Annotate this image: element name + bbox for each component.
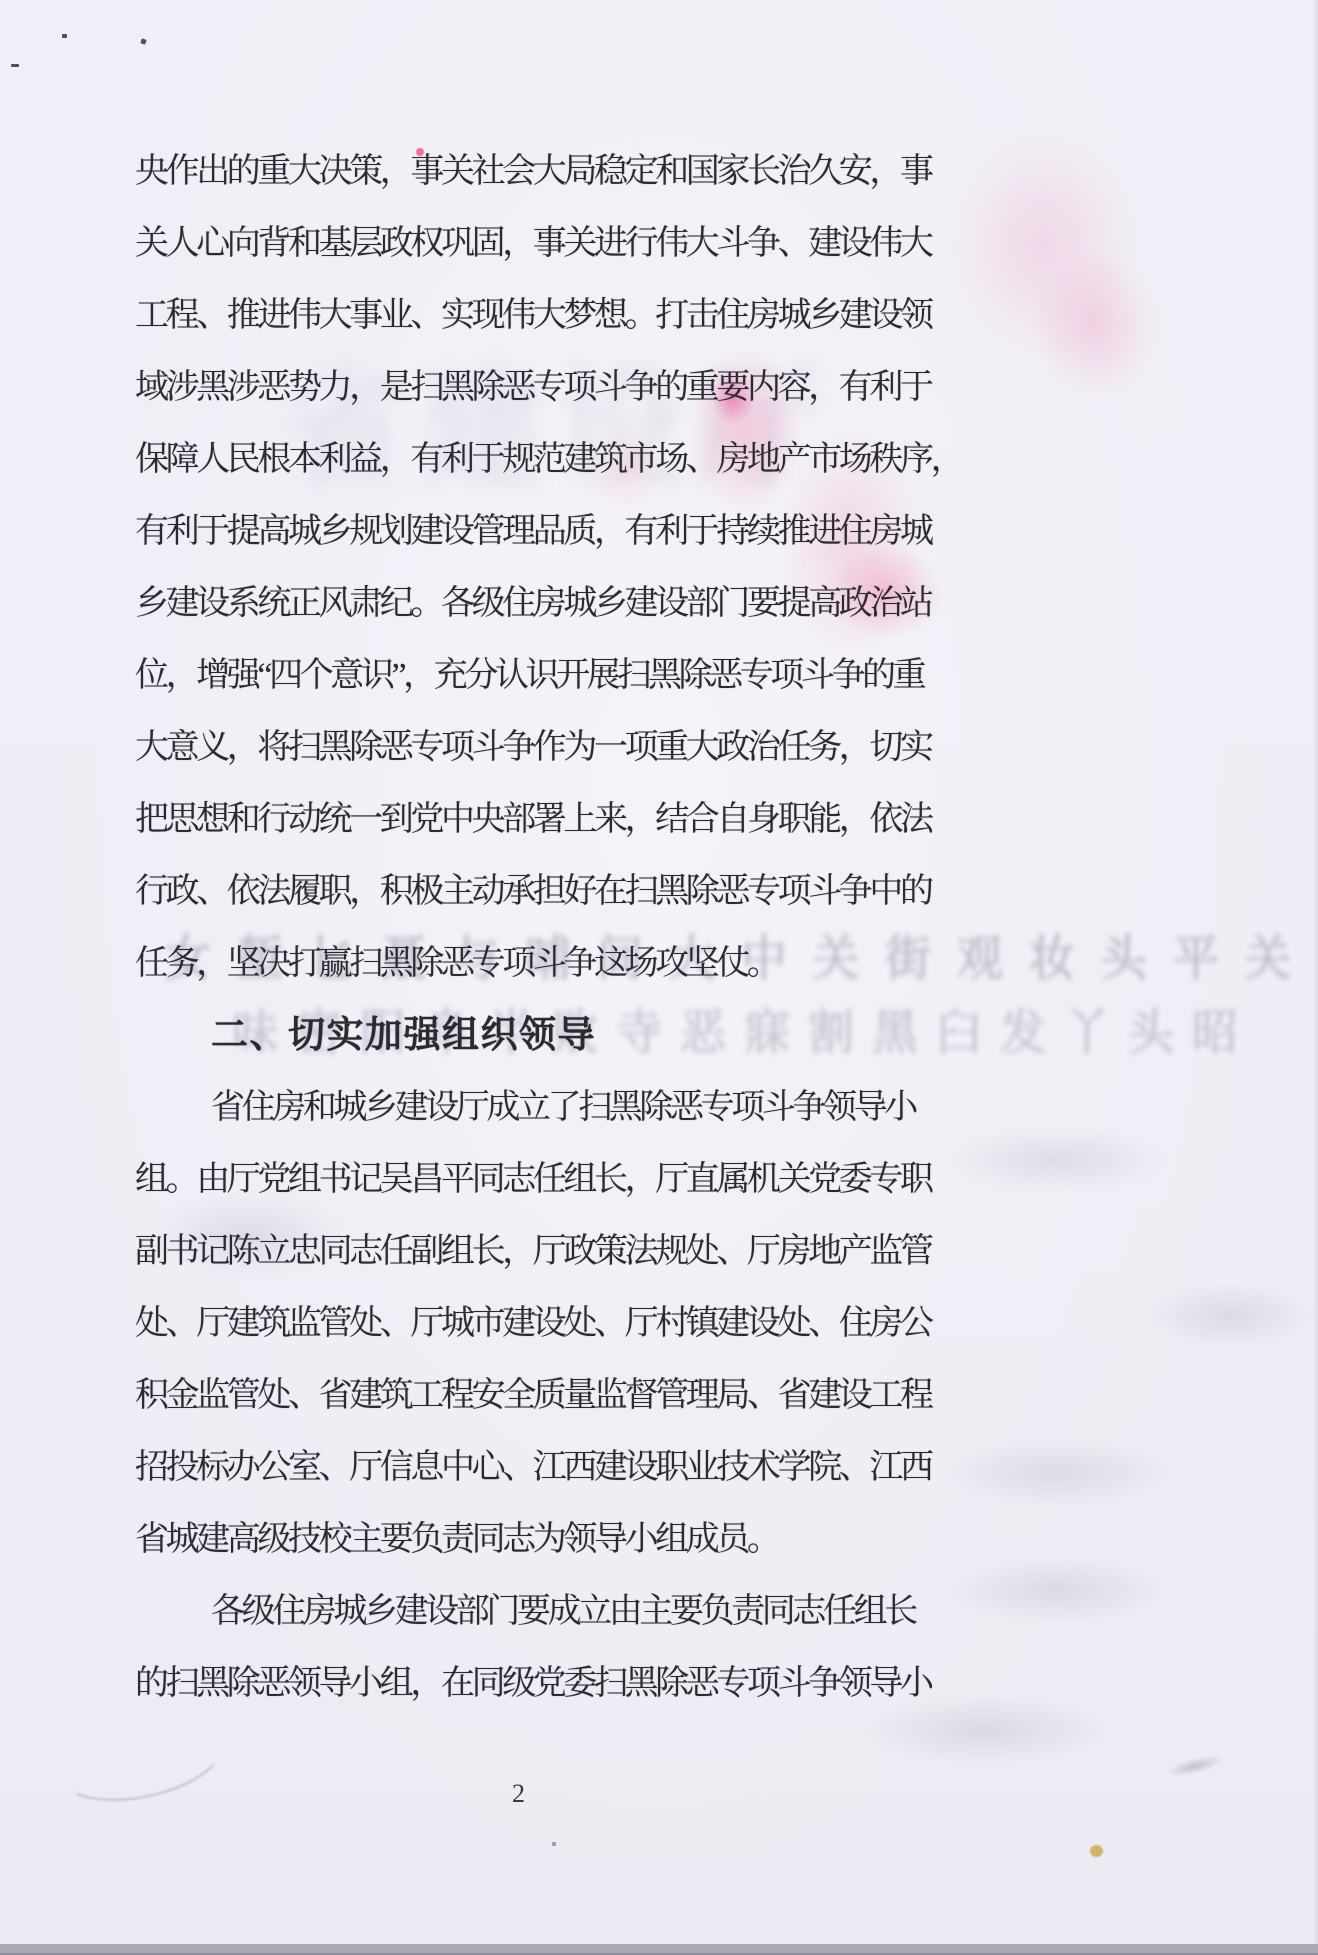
dust-speck: [11, 64, 19, 67]
dust-speck: [62, 34, 67, 38]
yellow-spot: [1090, 1845, 1103, 1857]
scanner-bed-strip: [0, 1944, 1318, 1955]
document-line: 把思想和行动统一到党中央部署上来，结合自身职能，依法: [135, 779, 1235, 851]
document-line: 位，增强“四个意识”，充分认识开展扫黑除恶专项斗争的重: [135, 635, 1235, 707]
document-line: 域涉黑涉恶势力，是扫黑除恶专项斗争的重要内容，有利于: [135, 347, 1235, 419]
gray-smudge: [1164, 1751, 1226, 1781]
section-heading: 二、切实加强组织领导: [135, 995, 1235, 1067]
document-line: 各级住房城乡建设部门要成立由主要负责同志任组长: [135, 1571, 1235, 1643]
scanned-document-page: 省建设厅 女堑匕聂与晡间大中关街观妆头平关 味密阳阜半败寺恶寐割黑臼发丫头昭 央…: [0, 0, 1318, 1955]
dust-speck: [140, 38, 146, 44]
document-line: 的扫黑除恶领导小组，在同级党委扫黑除恶专项斗争领导小: [135, 1643, 1235, 1715]
document-line: 行政、依法履职，积极主动承担好在扫黑除恶专项斗争中的: [135, 851, 1235, 923]
dust-speck: [552, 1842, 556, 1846]
document-line: 保障人民根本利益，有利于规范建筑市场、房地产市场秩序，: [135, 419, 1235, 491]
document-line: 积金监管处、省建筑工程安全质量监督管理局、省建设工程: [135, 1355, 1235, 1427]
scan-edge-shadow: [1313, 0, 1318, 1955]
document-line: 乡建设系统正风肃纪。各级住房城乡建设部门要提高政治站: [135, 563, 1235, 635]
document-line: 省住房和城乡建设厅成立了扫黑除恶专项斗争领导小: [135, 1067, 1235, 1139]
document-line: 副书记陈立忠同志任副组长，厅政策法规处、厅房地产监管: [135, 1211, 1235, 1283]
document-line: 招投标办公室、厅信息中心、江西建设职业技术学院、江西: [135, 1427, 1235, 1499]
document-line: 任务，坚决打赢扫黑除恶专项斗争这场攻坚仗。: [135, 923, 1235, 995]
document-line: 大意义，将扫黑除恶专项斗争作为一项重大政治任务，切实: [135, 707, 1235, 779]
document-line: 省城建高级技校主要负责同志为领导小组成员。: [135, 1499, 1235, 1571]
document-line: 处、厅建筑监管处、厅城市建设处、厅村镇建设处、住房公: [135, 1283, 1235, 1355]
document-line: 有利于提高城乡规划建设管理品质，有利于持续推进住房城: [135, 491, 1235, 563]
document-line: 央作出的重大决策，事关社会大局稳定和国家长治久安，事: [135, 131, 1235, 203]
document-body: 央作出的重大决策，事关社会大局稳定和国家长治久安，事 关人心向背和基层政权巩固，…: [135, 131, 1235, 1715]
document-line: 组。由厅党组书记吴昌平同志任组长，厅直属机关党委专职: [135, 1139, 1235, 1211]
document-line: 工程、推进伟大事业、实现伟大梦想。打击住房城乡建设领: [135, 275, 1235, 347]
document-line: 关人心向背和基层政权巩固，事关进行伟大斗争、建设伟大: [135, 203, 1235, 275]
page-number: 2: [512, 1779, 526, 1809]
